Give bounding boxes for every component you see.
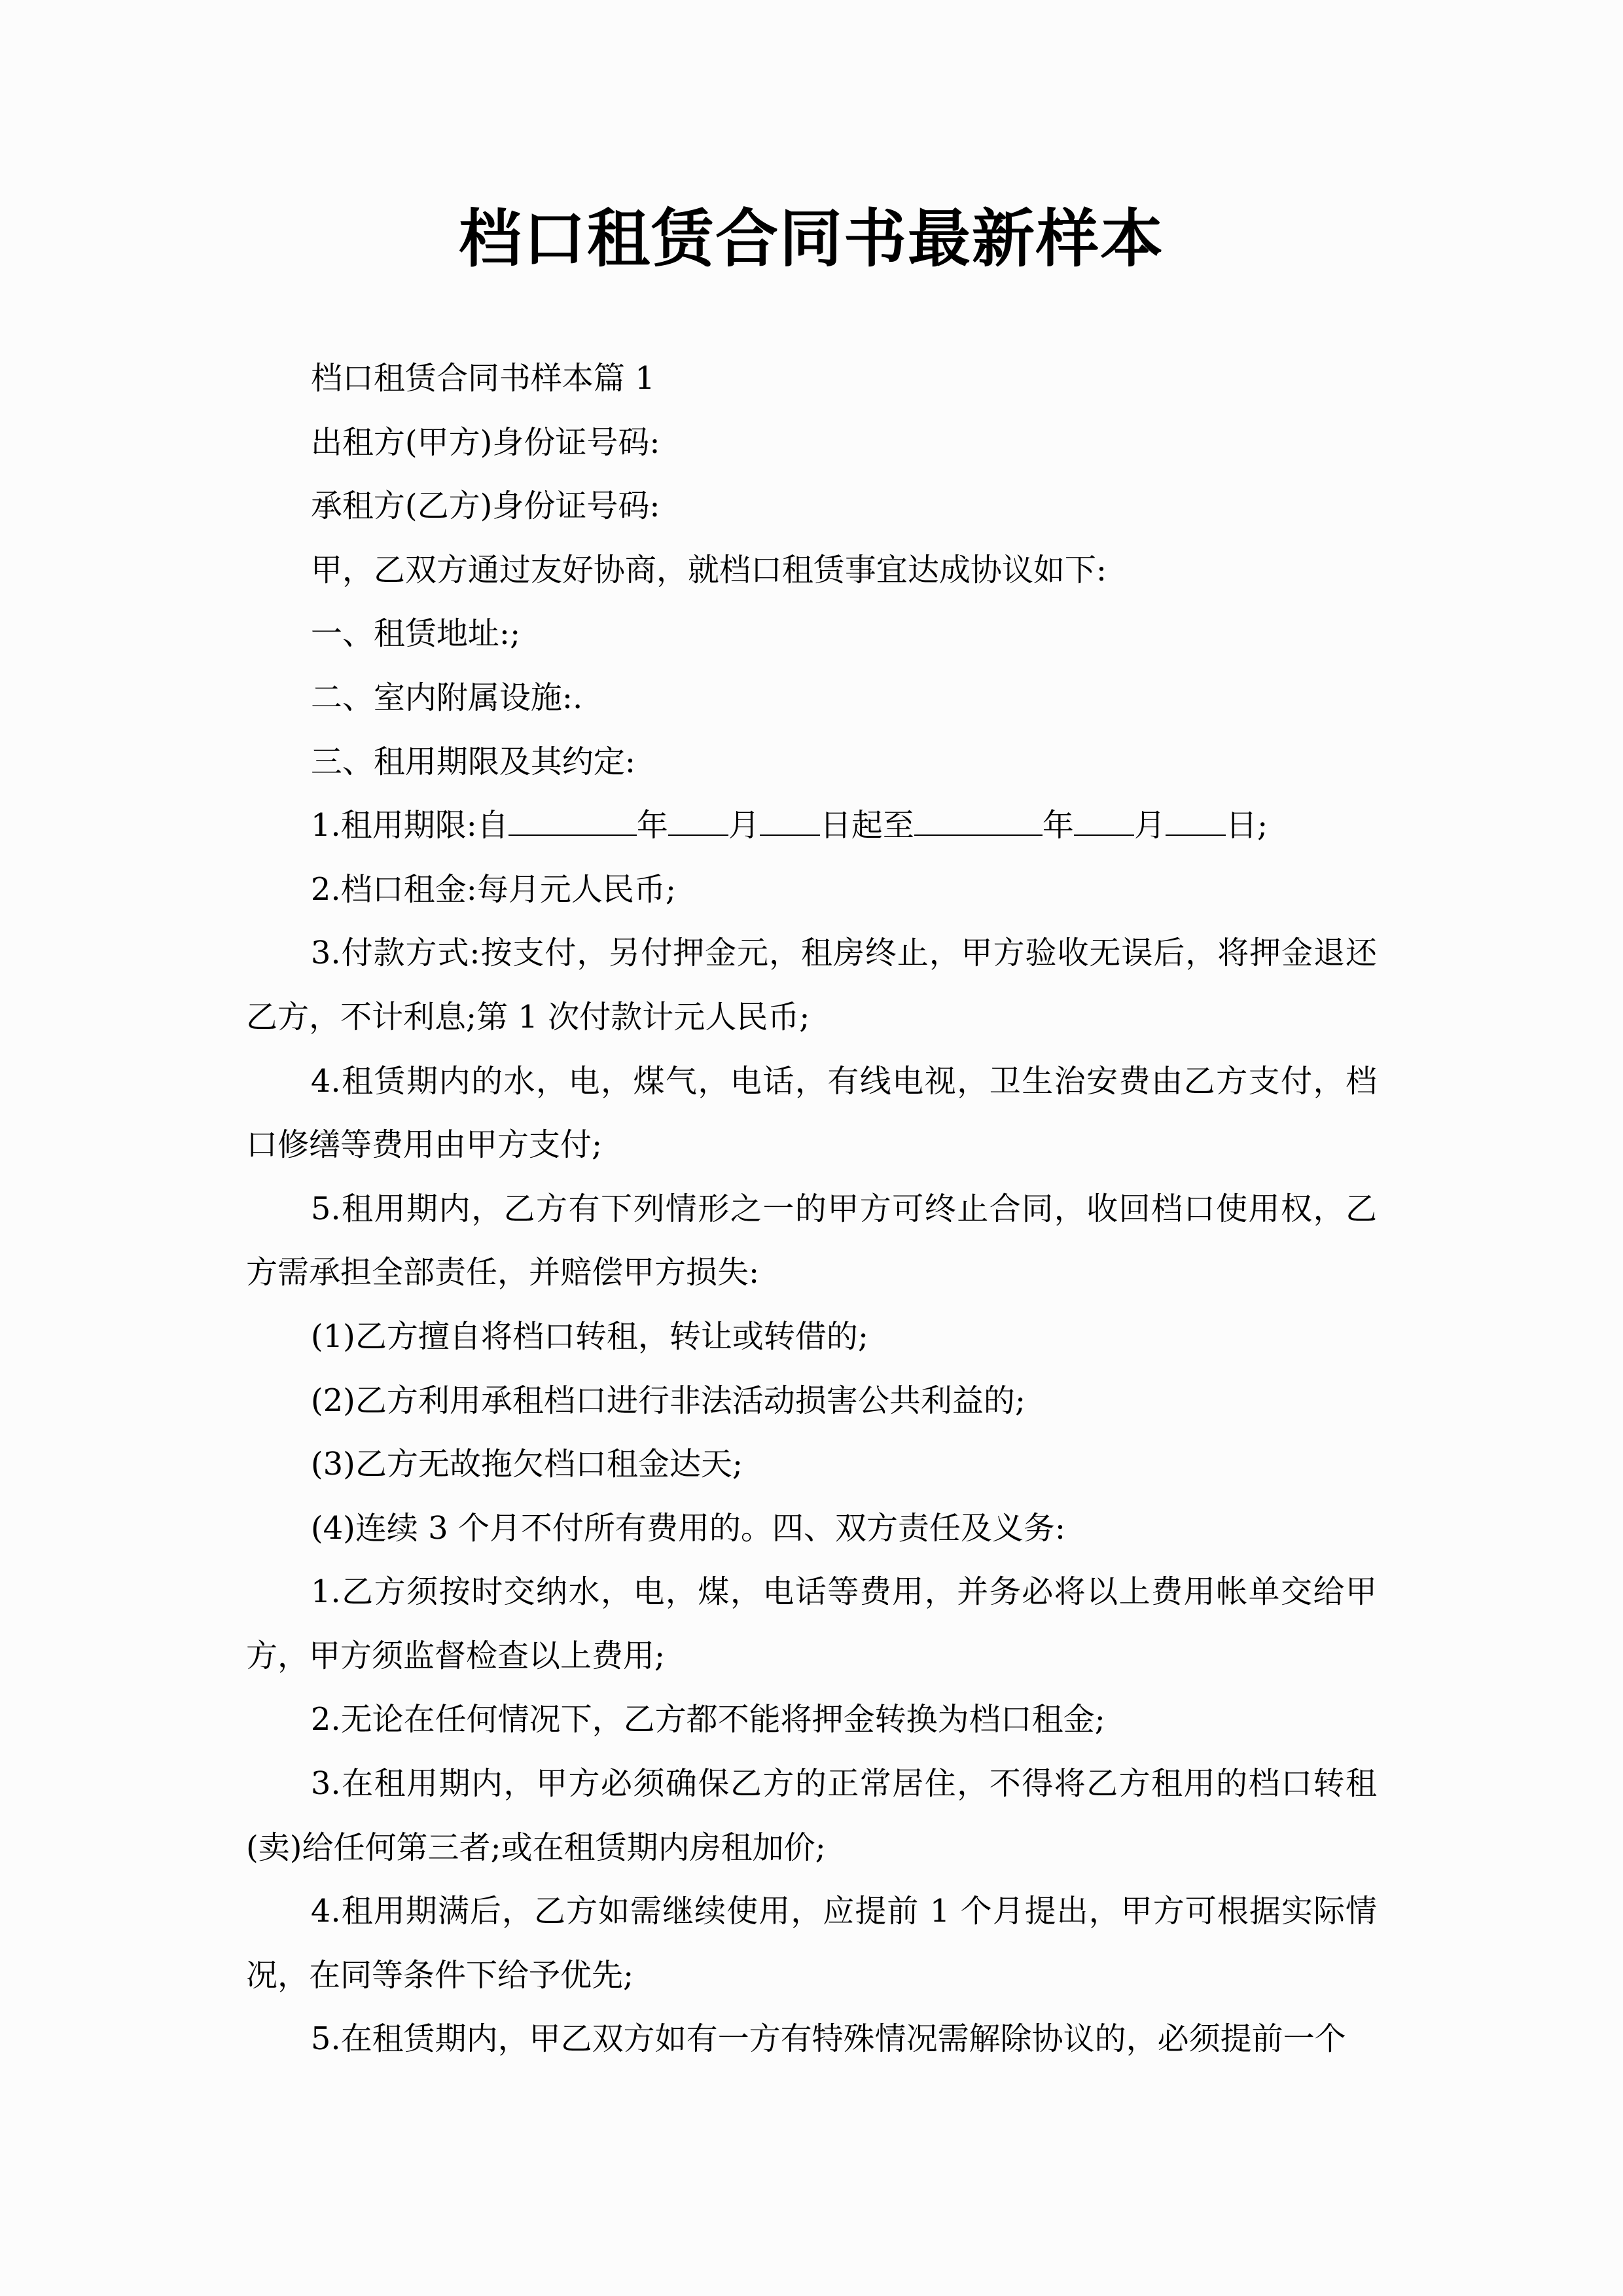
start-month-blank: [668, 805, 728, 836]
party-b-id-line: 承租方(乙方)身份证号码:: [246, 475, 1377, 539]
start-day-blank: [760, 805, 820, 836]
start-year-blank: [508, 805, 637, 836]
end-year-blank: [914, 805, 1043, 836]
duty-item: 2.无论在任何情况下，乙方都不能将押金转换为档口租金;: [246, 1688, 1377, 1752]
termination-item: (3)乙方无故拖欠档口租金达天;: [246, 1433, 1377, 1497]
document-page: 档口租赁合同书最新样本 档口租赁合同书样本篇 1 出租方(甲方)身份证号码: 承…: [0, 0, 1623, 2296]
duty-item: 1.乙方须按时交纳水，电，煤，电话等费用，并务必将以上费用帐单交给甲方，甲方须监…: [246, 1560, 1377, 1688]
end-year-label: 年: [1043, 807, 1074, 844]
termination-item: (1)乙方擅自将档口转租，转让或转借的;: [246, 1305, 1377, 1369]
utilities-clause: 4.租赁期内的水，电，煤气，电话，有线电视，卫生治安费由乙方支付，档口修缮等费用…: [246, 1050, 1377, 1177]
termination-clause: 5.租用期内，乙方有下列情形之一的甲方可终止合同，收回档口使用权，乙方需承担全部…: [246, 1177, 1377, 1305]
clause-lease-term: 三、租用期限及其约定:: [246, 730, 1377, 795]
start-day-label: 日起至: [820, 807, 914, 844]
party-a-id-line: 出租方(甲方)身份证号码:: [246, 411, 1377, 475]
end-month-label: 月: [1134, 807, 1166, 844]
rent-clause: 2.档口租金:每月元人民币;: [246, 858, 1377, 922]
document-body: 档口租赁合同书样本篇 1 出租方(甲方)身份证号码: 承租方(乙方)身份证号码:…: [246, 347, 1377, 2072]
duty-item: 4.租用期满后，乙方如需继续使用，应提前 1 个月提出，甲方可根据实际情况，在同…: [246, 1880, 1377, 2007]
clause-rental-address: 一、租赁地址:;: [246, 602, 1377, 666]
duty-item: 3.在租用期内，甲方必须确保乙方的正常居住，不得将乙方租用的档口转租(卖)给任何…: [246, 1752, 1377, 1880]
lease-term-prefix: 1.租用期限:自: [311, 807, 508, 844]
end-day-blank: [1166, 805, 1226, 836]
section-heading: 档口租赁合同书样本篇 1: [246, 347, 1377, 411]
termination-item: (2)乙方利用承租档口进行非法活动损害公共利益的;: [246, 1369, 1377, 1433]
document-title: 档口租赁合同书最新样本: [0, 196, 1623, 281]
termination-item: (4)连续 3 个月不付所有费用的。四、双方责任及义务:: [246, 1497, 1377, 1561]
preamble: 甲，乙双方通过友好协商，就档口租赁事宜达成协议如下:: [246, 539, 1377, 603]
start-year-label: 年: [637, 807, 668, 844]
end-month-blank: [1074, 805, 1134, 836]
start-month-label: 月: [728, 807, 760, 844]
duty-item: 5.在租赁期内，甲乙双方如有一方有特殊情况需解除协议的，必须提前一个: [246, 2007, 1377, 2072]
lease-term-line: 1.租用期限:自年月日起至年月日;: [246, 794, 1377, 858]
payment-clause: 3.付款方式:按支付，另付押金元，租房终止，甲方验收无误后，将押金退还乙方，不计…: [246, 922, 1377, 1049]
clause-facilities: 二、室内附属设施:.: [246, 666, 1377, 730]
end-day-label: 日;: [1226, 807, 1268, 844]
